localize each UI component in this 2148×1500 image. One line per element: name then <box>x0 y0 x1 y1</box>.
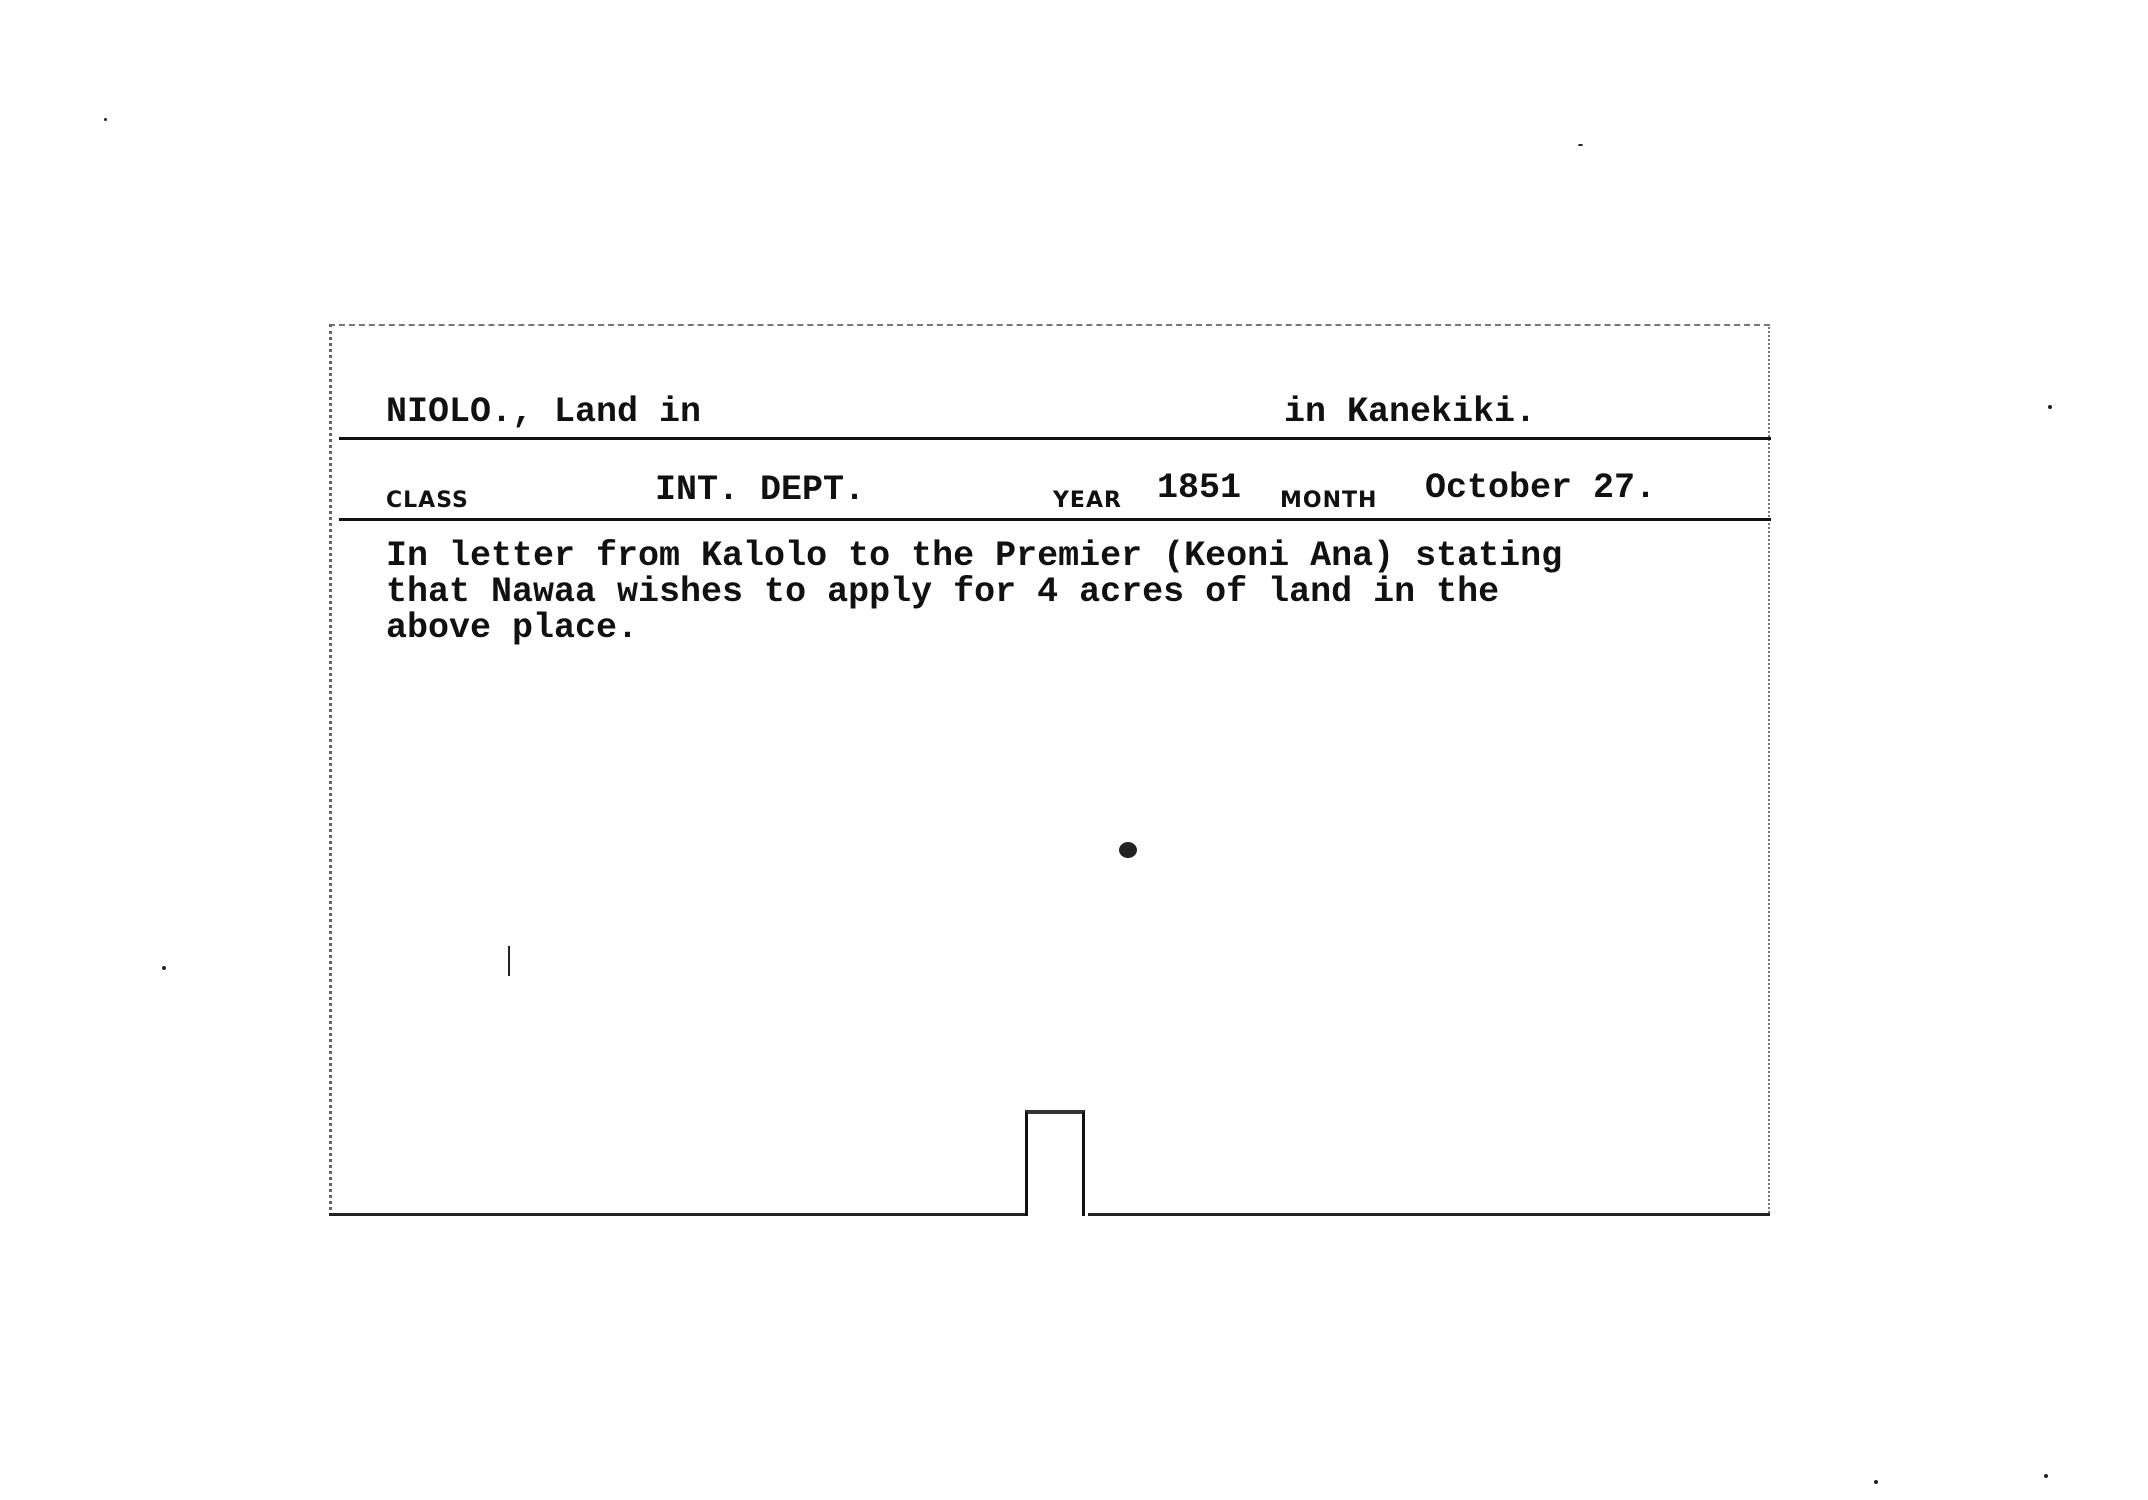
class-label: CLASS <box>386 488 469 513</box>
year-label: YEAR <box>1053 488 1122 513</box>
scan-speck <box>2048 405 2052 409</box>
scan-speck <box>104 118 107 121</box>
year-value: 1851 <box>1157 468 1241 508</box>
card-top-edge <box>329 324 1770 326</box>
heading-rule <box>339 437 1771 440</box>
card-heading-right: in Kanekiki. <box>1284 392 1536 432</box>
card-bottom-edge-left <box>329 1213 1025 1216</box>
index-card: NIOLO., Land in in Kanekiki. CLASS INT. … <box>329 324 1770 1216</box>
card-heading-left: NIOLO., Land in <box>386 392 701 432</box>
card-rod-notch <box>1025 1110 1085 1216</box>
scan-speck <box>1874 1480 1878 1484</box>
month-value: October 27. <box>1425 468 1656 508</box>
scan-speck <box>162 966 166 970</box>
scan-speck <box>2044 1474 2048 1478</box>
card-left-edge <box>329 324 332 1216</box>
fields-rule <box>339 518 1771 521</box>
ink-blot <box>1119 842 1137 858</box>
month-label: MONTH <box>1280 488 1377 513</box>
card-bottom-edge-right <box>1088 1213 1770 1216</box>
ink-mark <box>508 946 510 976</box>
scan-speck <box>1578 144 1583 146</box>
card-body-text: In letter from Kalolo to the Premier (Ke… <box>386 538 1756 646</box>
card-right-edge <box>1768 324 1770 1216</box>
class-value: INT. DEPT. <box>655 470 865 510</box>
